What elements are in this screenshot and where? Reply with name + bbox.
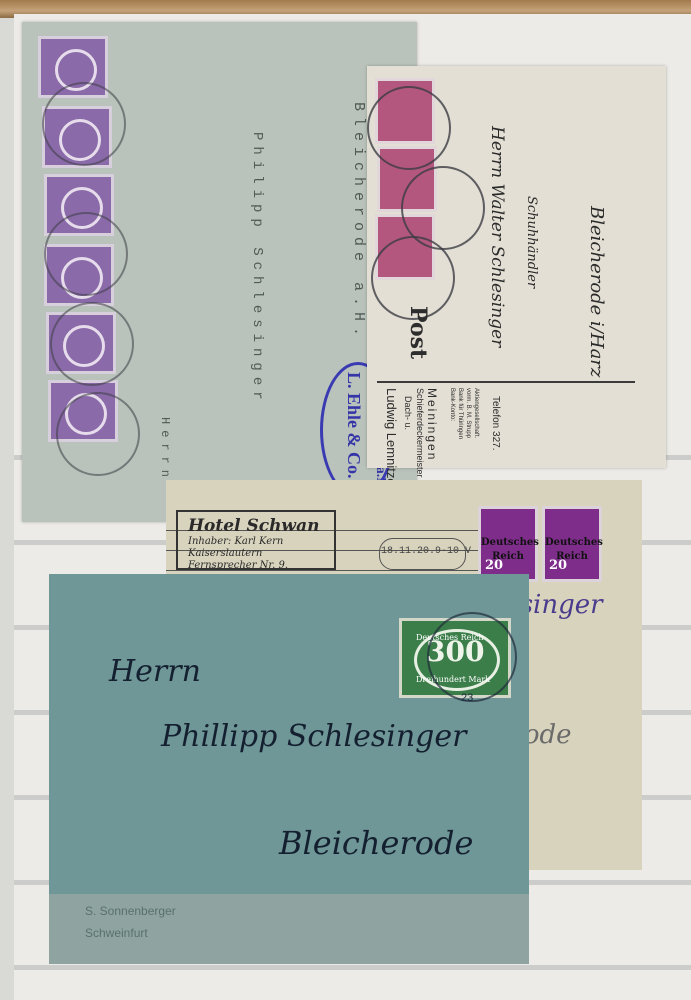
bank-line: Aktiengesellschaft. [473, 388, 479, 438]
stamp: Deutsches Reich 20 [542, 506, 602, 582]
sender-trade: Schieferdeckermeister [415, 388, 425, 478]
sender-trade: Dach- u. [403, 396, 413, 430]
postmark [427, 612, 517, 702]
postmark-year: 23 [461, 692, 473, 704]
handwritten-addressee: Herrn Walter Schlesinger [487, 126, 507, 347]
postmark [367, 86, 451, 170]
handwritten-salutation: Herrn [109, 654, 201, 689]
sender-city: Meiningen [425, 388, 439, 461]
sender-phone: Telefon 327. [490, 396, 501, 451]
sender-name: Ludwig Lemnitzer [384, 388, 399, 490]
postmark [50, 302, 134, 386]
sender-stamp-text: L. Ehle & Co. [343, 372, 364, 479]
cancel-date: 18.11.20.9-10 V [381, 546, 471, 557]
postmark [42, 82, 126, 166]
bank-label: Bank-Konto: [449, 388, 455, 421]
post-label: Post [405, 306, 431, 359]
bank-line: Bank für Thüringen [457, 388, 463, 439]
handwritten-occupation: Schuhhändler [524, 196, 539, 288]
stamp: Deutsches Reich 20 [478, 506, 538, 582]
addressee-prefix: Herrn [158, 417, 172, 483]
addressee-name: Philipp Schlesinger [249, 132, 265, 406]
cover-postcard: Post Ludwig Lemnitzer Dach- u. Schieferd… [367, 66, 666, 468]
postmark [44, 212, 128, 296]
postmark [56, 392, 140, 476]
cover-blue-envelope: Deutsches Reich 300 Dreihundert Mark 23 … [49, 574, 529, 964]
cover-grey-envelope: Herrn Philipp Schlesinger Bleicherode a.… [22, 22, 417, 522]
album-strip [14, 965, 691, 970]
destination: Bleicherode a.H. [350, 102, 367, 342]
handwritten-addressee: Phillipp Schlesinger [161, 719, 466, 754]
sender-name: S. Sonnenberger [85, 904, 176, 918]
bank-line: vorm. B. M. Strupp [465, 388, 471, 438]
sender-city: Schweinfurt [85, 926, 148, 940]
postmark [401, 166, 485, 250]
handwritten-city: Bleicherode i/Harz [586, 206, 607, 377]
postcard-divider [377, 381, 635, 383]
handwritten-city: Bleicherode [279, 824, 473, 862]
hotel-slogan-cancel: Hotel Schwan Inhaber: Karl Kern Kaisersl… [176, 510, 336, 570]
